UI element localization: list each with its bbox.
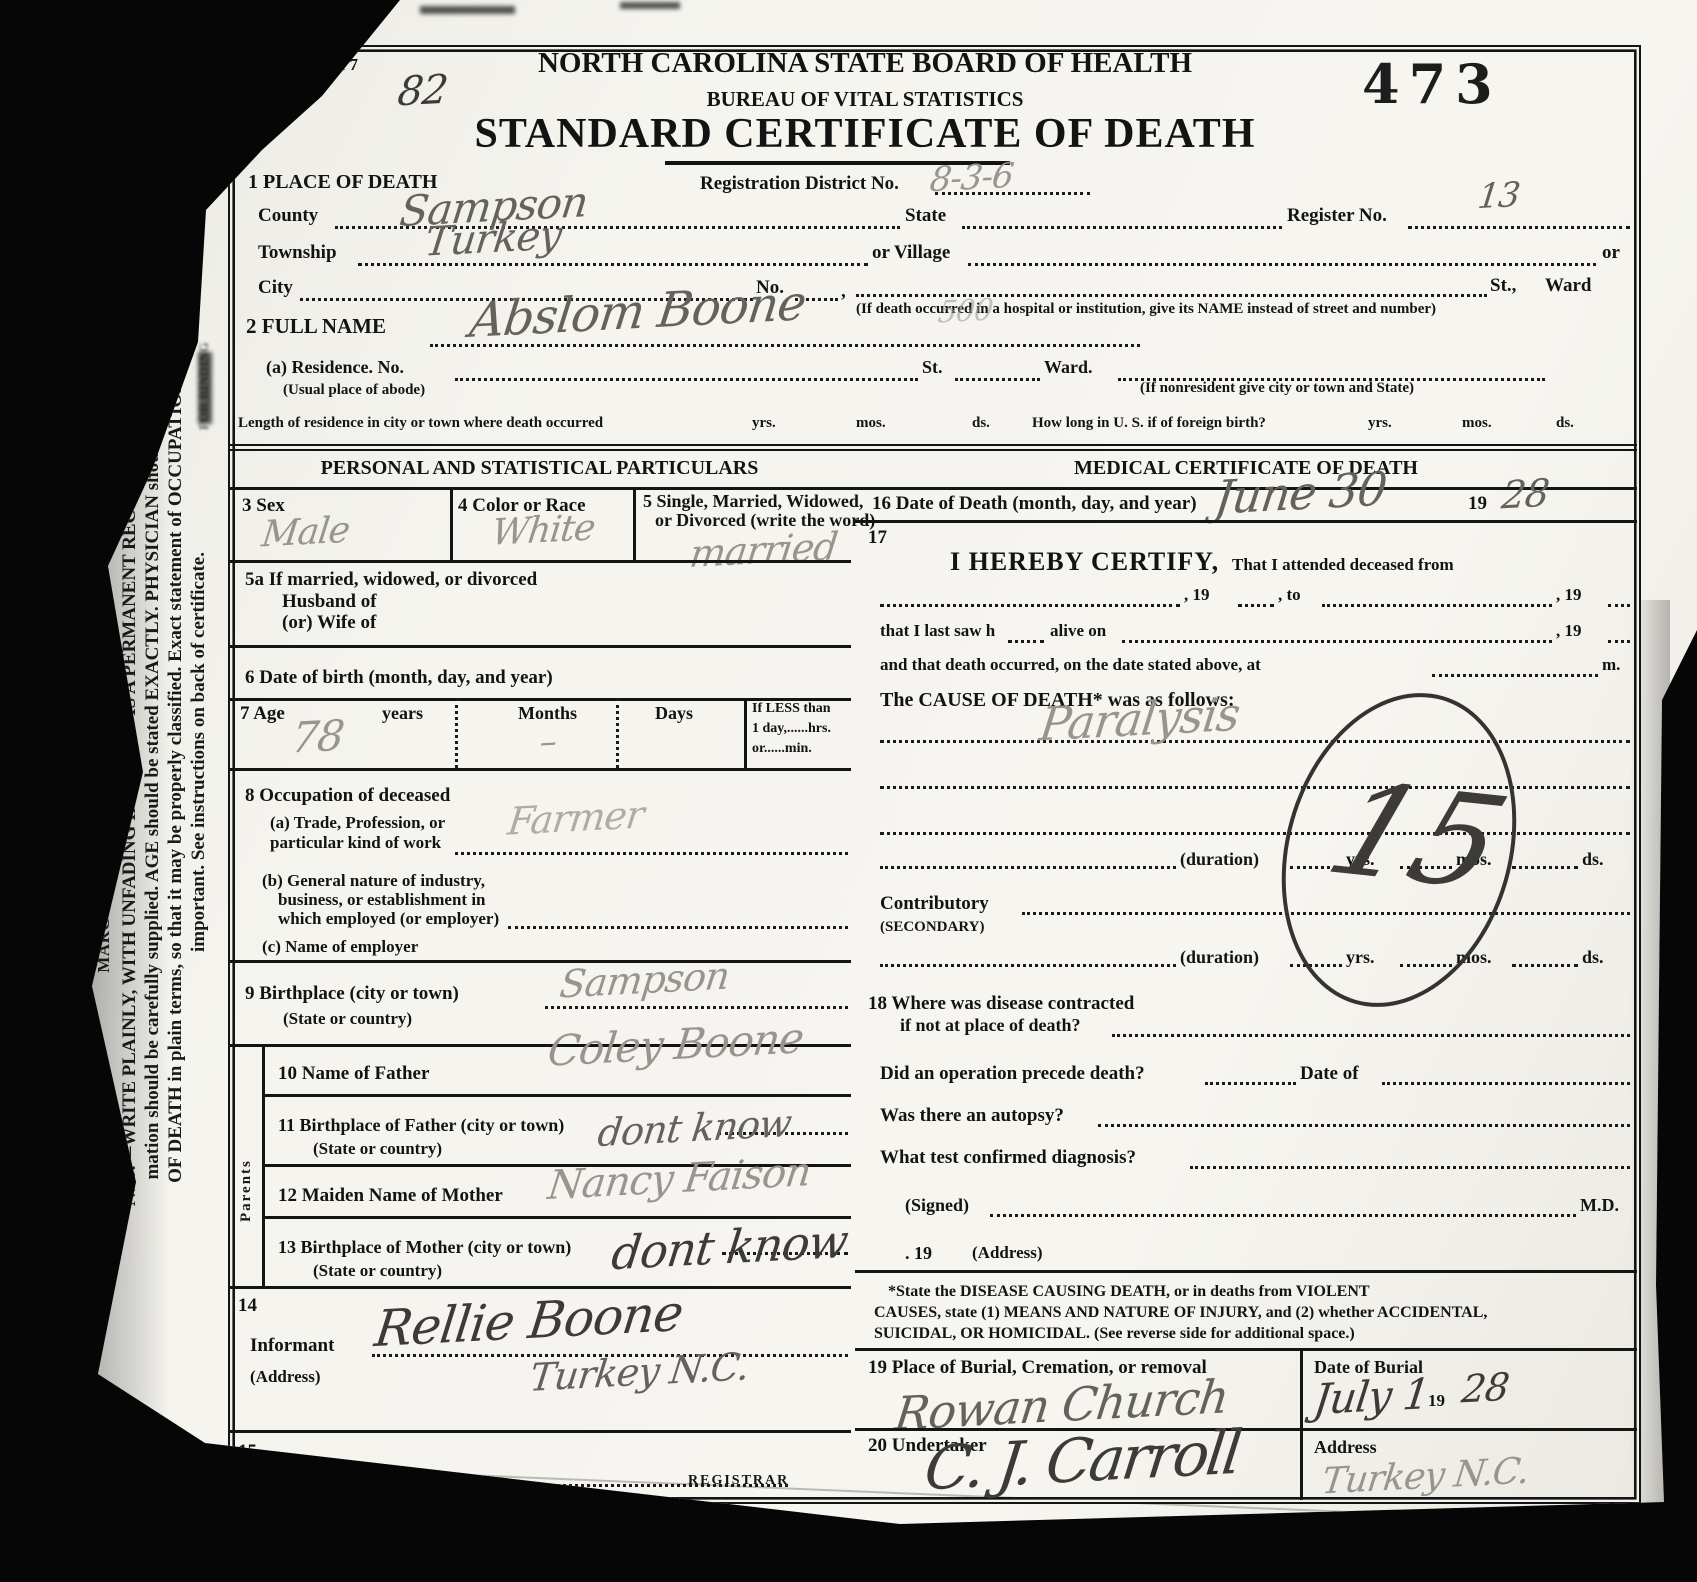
- dotted-line: [1122, 640, 1552, 643]
- hw-page-number: 82: [395, 67, 450, 116]
- rule: [228, 1286, 851, 1289]
- dod-19-label: 19: [1468, 494, 1487, 514]
- mother-birthplace-state-note: (State or country): [313, 1262, 442, 1280]
- informant-address-label: (Address): [250, 1368, 321, 1386]
- rule: [855, 1270, 1637, 1273]
- reg-district-label: Registration District No.: [700, 174, 899, 194]
- yrs-label-2: yrs.: [1368, 416, 1392, 432]
- dotted-line: [1322, 604, 1552, 607]
- dotted-line: [455, 378, 918, 381]
- disease-contracted-label-1: 18 Where was disease contracted: [868, 994, 1134, 1014]
- rule: [855, 1428, 1637, 1431]
- dotted-line: [1205, 1082, 1296, 1085]
- hw-township: Turkey: [422, 212, 564, 265]
- margin-binding-label: MARGIN RESERVED FOR BINDING: [94, 556, 114, 1088]
- informant-label: Informant: [250, 1336, 334, 1356]
- dotted-line: [1408, 226, 1630, 229]
- rule: [228, 560, 851, 563]
- certificate-paper: MARGIN RESERVED FOR BINDING FOR BINDING …: [0, 0, 1697, 1582]
- dotted-line: [1238, 604, 1274, 607]
- age-label: 7 Age: [240, 704, 285, 724]
- undertaker-address-label: Address: [1314, 1438, 1377, 1457]
- duration-label-1: (duration): [1180, 850, 1259, 869]
- informant-number: 14: [238, 1296, 257, 1316]
- last-saw-label: that I last saw h: [880, 622, 995, 640]
- dotted-line: [955, 378, 1040, 381]
- dotted-line: [1008, 640, 1044, 643]
- dotted-line: [545, 1006, 848, 1009]
- dotted-line: [1382, 1082, 1630, 1085]
- certificate-number-stamp: 473: [1362, 52, 1502, 116]
- dotted-line: [1608, 604, 1630, 607]
- occupation-label: 8 Occupation of deceased: [245, 786, 450, 806]
- residence-st-label: St.: [922, 358, 943, 377]
- to-label: , to: [1278, 586, 1301, 604]
- cell-divider: [744, 698, 747, 768]
- margin-nb-line1: N. B.—WRITE PLAINLY, WITH UNFADING INK—T…: [118, 56, 141, 1448]
- hw-cause-of-death: Paralysis: [1037, 687, 1243, 752]
- contributory-label: Contributory: [880, 894, 989, 914]
- death-certificate-scan: MARGIN RESERVED FOR BINDING FOR BINDING …: [0, 0, 1697, 1582]
- dotted-line: [306, 1484, 398, 1487]
- birthplace-state-note: (State or country): [283, 1010, 412, 1028]
- filed-label: Filed: [250, 1466, 291, 1486]
- age-years-label: years: [382, 704, 423, 723]
- margin-nb-line3: OF DEATH in plain terms, so that it may …: [164, 56, 187, 1448]
- footnote-line1: *State the DISEASE CAUSING DEATH, or in …: [888, 1284, 1370, 1301]
- scan-smudge: [86, 1460, 154, 1469]
- rule: [228, 768, 851, 771]
- parents-vertical-label: Parents: [238, 1159, 255, 1222]
- village-label: or Village: [872, 243, 950, 263]
- address-19-label: . 19: [905, 1244, 932, 1263]
- dotted-line: [1098, 1124, 1630, 1127]
- hw-burial-year: 28: [1459, 1365, 1511, 1412]
- burial-cell-divider: [1300, 1348, 1303, 1500]
- dob-label: 6 Date of birth (month, day, and year): [245, 668, 553, 688]
- township-label: Township: [258, 243, 337, 263]
- m-label: m.: [1602, 656, 1620, 674]
- dashed-divider: [455, 698, 458, 768]
- occupation-c-label: (c) Name of employer: [262, 938, 418, 956]
- occupation-a-line1: (a) Trade, Profession, or: [270, 814, 445, 832]
- residence-ward-label: Ward.: [1044, 358, 1093, 377]
- section-17-number: 17: [868, 528, 887, 548]
- c19-label-c: , 19: [1556, 622, 1582, 640]
- hw-burial-date: July 1: [1311, 1369, 1432, 1424]
- cell-divider: [450, 487, 453, 560]
- form-code: B.V.S.—Form 7: [244, 56, 358, 74]
- footnote-line2: CAUSES, state (1) MEANS AND NATURE OF IN…: [874, 1305, 1487, 1322]
- nonresident-note: (If nonresident give city or town and St…: [1140, 381, 1414, 397]
- rule: [855, 520, 1637, 523]
- left-column-header: PERSONAL AND STATISTICAL PARTICULARS: [228, 458, 851, 479]
- city-label: City: [258, 278, 293, 298]
- burial-19-label: 19: [1428, 1392, 1445, 1410]
- length-residence-label: Length of residence in city or town wher…: [238, 416, 603, 432]
- dotted-line: [1190, 1166, 1630, 1169]
- hw-reg-district: 8-3-6: [928, 156, 1016, 201]
- husband-of-label: Husband of: [282, 592, 377, 612]
- scan-smudge: [620, 2, 680, 9]
- dotted-line: [880, 964, 1176, 967]
- c19-label-b: , 19: [1556, 586, 1582, 604]
- dotted-line: [880, 604, 1180, 607]
- dashed-divider: [616, 698, 619, 768]
- alive-on-label: alive on: [1050, 622, 1106, 640]
- dotted-line: [880, 832, 1630, 835]
- cell-divider: [633, 487, 636, 560]
- occupation-a-line2: particular kind of work: [270, 834, 441, 852]
- dotted-line: [1512, 964, 1578, 967]
- rule: [262, 1094, 851, 1097]
- board-title: NORTH CAROLINA STATE BOARD OF HEALTH: [400, 48, 1330, 78]
- ds-label: ds.: [972, 416, 990, 432]
- ifless-line2: 1 day,......hrs.: [752, 722, 831, 737]
- certify-rest: That I attended deceased from: [1232, 556, 1454, 574]
- mother-birthplace-label: 13 Birthplace of Mother (city or town): [278, 1238, 571, 1257]
- hw-marital: married: [687, 524, 839, 576]
- hw-birthplace: Sampson: [557, 953, 731, 1006]
- occupation-b-line1: (b) General nature of industry,: [262, 872, 485, 890]
- hw-race: White: [490, 507, 597, 554]
- hw-stray-mark: 500: [936, 292, 995, 330]
- hw-date-of-death: June 30: [1212, 461, 1390, 524]
- father-name-label: 10 Name of Father: [278, 1064, 429, 1084]
- filed-19-label: 19: [403, 1466, 422, 1486]
- dotted-line: [1432, 674, 1598, 677]
- father-birthplace-state-note: (State or country): [313, 1140, 442, 1158]
- yrs-label: yrs.: [752, 416, 776, 432]
- rule: [228, 1430, 851, 1433]
- pen-mark: [231, 1460, 267, 1485]
- registrar-label: REGISTRAR: [688, 1474, 789, 1489]
- date-of-label: Date of: [1300, 1064, 1359, 1084]
- howlong-label: How long in U. S. if of foreign birth?: [1032, 416, 1266, 432]
- ifless-line1: If LESS than: [752, 702, 831, 717]
- dotted-line: [455, 852, 848, 855]
- margin-nb-note: N. B.—WRITE PLAINLY, WITH UNFADING INK—T…: [118, 56, 210, 1448]
- md-label: M.D.: [1580, 1196, 1619, 1215]
- rule: [228, 487, 1637, 490]
- filed-number: 15: [238, 1442, 257, 1462]
- occupation-b-line2: business, or establishment in: [278, 891, 486, 909]
- residence-label: (a) Residence. No.: [266, 358, 404, 377]
- dotted-line: [1512, 866, 1578, 869]
- register-no-label: Register No.: [1287, 206, 1387, 226]
- married-to-label: 5a If married, widowed, or divorced: [245, 570, 537, 590]
- rule: [228, 960, 851, 963]
- hw-sex: Male: [260, 510, 352, 556]
- full-name-label: 2 FULL NAME: [246, 315, 386, 337]
- signed-label: (Signed): [905, 1196, 969, 1215]
- marital-label-1: 5 Single, Married, Widowed,: [643, 492, 863, 511]
- abode-note: (Usual place of abode): [283, 383, 425, 399]
- secondary-label: (SECONDARY): [880, 920, 984, 936]
- state-label: State: [905, 206, 946, 226]
- age-months-label: Months: [518, 704, 577, 723]
- bureau-title: BUREAU OF VITAL STATISTICS: [400, 88, 1330, 110]
- c19-label-a: , 19: [1184, 586, 1210, 604]
- scan-smudge: [420, 6, 515, 14]
- operation-label: Did an operation precede death?: [880, 1064, 1145, 1084]
- footnote-line3: SUICIDAL, OR HOMICIDAL. (See reverse sid…: [874, 1326, 1355, 1343]
- ds-label-2: ds.: [1556, 416, 1574, 432]
- village-tail-label: or: [1602, 243, 1620, 263]
- dotted-line: [968, 263, 1596, 266]
- hw-age-years: 78: [289, 710, 346, 762]
- certificate-title: STANDARD CERTIFICATE OF DEATH: [400, 112, 1330, 156]
- mos-label-2: mos.: [1462, 416, 1492, 432]
- double-rule: [228, 444, 1637, 451]
- dotted-line: [1112, 1034, 1630, 1037]
- wife-of-label: (or) Wife of: [282, 613, 376, 633]
- mother-maiden-label: 12 Maiden Name of Mother: [278, 1186, 503, 1206]
- county-label: County: [258, 206, 318, 226]
- dotted-line: [508, 926, 848, 929]
- margin-nb-line4: important. See instructions on back of c…: [187, 56, 210, 1448]
- hw-circled-number: 15: [1310, 756, 1523, 917]
- dotted-line: [1608, 640, 1630, 643]
- father-birthplace-label: 11 Birthplace of Father (city or town): [278, 1116, 564, 1135]
- hw-dod-year: 28: [1499, 471, 1551, 518]
- birthplace-label: 9 Birthplace (city or town): [245, 984, 459, 1004]
- age-days-label: Days: [655, 704, 693, 723]
- date-of-death-label: 16 Date of Death (month, day, and year): [872, 494, 1197, 514]
- signed-address-label: (Address): [972, 1244, 1043, 1262]
- rule: [855, 1348, 1637, 1351]
- death-occurred-label: and that death occurred, on the date sta…: [880, 656, 1261, 674]
- autopsy-label: Was there an autopsy?: [880, 1106, 1064, 1126]
- ward-label: Ward: [1545, 276, 1591, 296]
- rule: [228, 645, 851, 648]
- duration-label-2: (duration): [1180, 948, 1259, 967]
- duration-ds-1: ds.: [1582, 850, 1604, 869]
- duration-ds-2: ds.: [1582, 948, 1604, 967]
- test-label: What test confirmed diagnosis?: [880, 1148, 1136, 1168]
- dotted-line: [990, 1214, 1576, 1217]
- st-label: St.,: [1490, 276, 1516, 296]
- dotted-line: [962, 226, 1282, 229]
- mos-label: mos.: [856, 416, 886, 432]
- margin-nb-line2: mation should be carefully supplied. AGE…: [141, 56, 164, 1448]
- certify-heading: I HEREBY CERTIFY,: [950, 548, 1219, 575]
- ifless-line3: or......min.: [752, 742, 812, 757]
- dotted-line: [880, 866, 1176, 869]
- disease-contracted-label-2: if not at place of death?: [900, 1016, 1080, 1035]
- dotted-line: [880, 740, 1630, 743]
- comma: ,: [841, 282, 846, 302]
- occupation-b-line3: which employed (or employer): [278, 910, 499, 928]
- hw-occupation: Farmer: [505, 792, 646, 843]
- hw-register-no: 13: [1476, 175, 1522, 217]
